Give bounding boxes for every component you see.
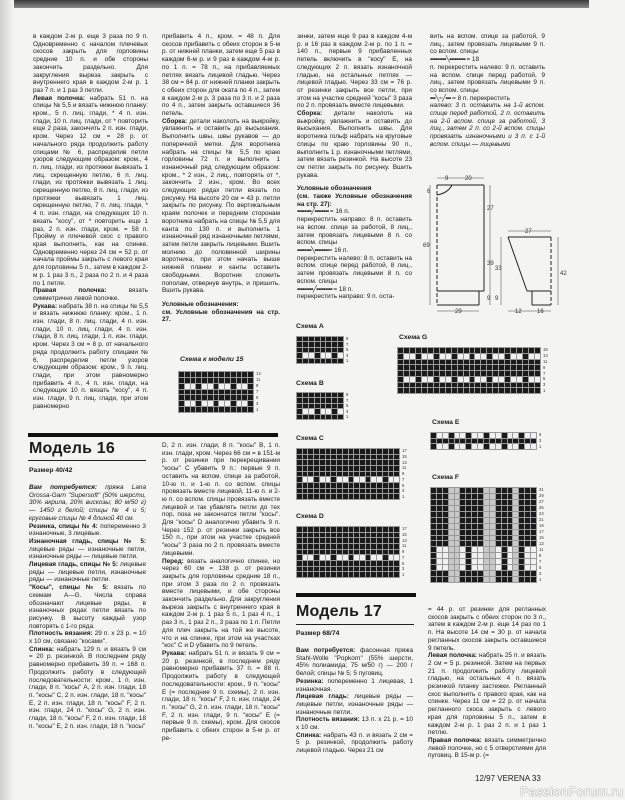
chart-cell — [326, 555, 331, 560]
chart-cell — [309, 398, 314, 402]
chart-cell — [466, 541, 471, 546]
column-4-bottom: = 44 р. от резинки для регланных скосов … — [428, 606, 546, 760]
chart-cell — [389, 466, 394, 471]
chart-cell — [331, 472, 336, 477]
chart-cell — [496, 565, 501, 570]
chart-cell — [443, 553, 448, 558]
chart-cell — [314, 567, 319, 572]
chart-cell — [487, 371, 492, 376]
chart-cell — [440, 388, 445, 393]
chart-cell — [383, 572, 388, 577]
chart-cell — [458, 360, 463, 365]
chart-cell — [531, 577, 536, 582]
schema-g-grid — [397, 347, 541, 394]
chart-cell — [484, 571, 489, 576]
schema-a-title: Схема A — [296, 323, 324, 330]
chart-cell — [354, 544, 359, 549]
chart-cell — [354, 472, 359, 477]
chart-cell — [354, 466, 359, 471]
garment-pattern-diagram: 9 20 6 27 69 39 9 29 27 33 9 42 12 16 — [415, 165, 615, 315]
chart-cell — [354, 561, 359, 566]
chart-cell — [337, 466, 342, 471]
chart-cell — [337, 460, 342, 465]
chart-cell — [440, 365, 445, 370]
chart-cell — [315, 337, 320, 341]
chart-cell — [431, 577, 436, 582]
chart-cell — [431, 547, 436, 552]
chart-cell — [214, 401, 219, 406]
chart-cell — [525, 444, 530, 449]
chart-cell — [331, 550, 336, 555]
chart-cell — [446, 371, 451, 376]
chart-cell — [458, 388, 463, 393]
chart-cell — [383, 550, 388, 555]
section-label: Резинка: — [296, 678, 324, 685]
chart-cell — [326, 550, 331, 555]
chart-cell — [449, 500, 454, 505]
chart-cell — [496, 553, 501, 558]
chart-cell — [326, 353, 331, 357]
chart-cell — [366, 489, 371, 494]
chart-cell — [309, 359, 314, 363]
chart-cell — [208, 395, 213, 400]
chart-cell — [505, 354, 510, 359]
legend-title: Условные обозначения: — [162, 301, 280, 309]
chart-cell — [242, 407, 247, 412]
chart-cell — [389, 561, 394, 566]
column-2-top: прибавить 4 п., кром. = 48 п. Для скосов… — [162, 33, 280, 324]
column-3-top: зинки, затем еще 9 раз в каждом 4-м р. и… — [297, 33, 412, 301]
chart-cell — [466, 530, 471, 535]
chart-cell — [219, 378, 224, 383]
chart-cell — [502, 488, 507, 493]
chart-cell — [315, 409, 320, 413]
chart-cell — [505, 348, 510, 353]
model-17-size: Размер 68/74 — [296, 630, 339, 637]
chart-cell — [431, 506, 436, 511]
chart-cell — [326, 409, 331, 413]
chart-cell — [404, 377, 409, 382]
chart-cell — [431, 512, 436, 517]
chart-cell — [434, 354, 439, 359]
chart-cell — [455, 577, 460, 582]
chart-cell — [519, 488, 524, 493]
chart-cell — [349, 550, 354, 555]
chart-cell — [437, 530, 442, 535]
chart-cell — [443, 524, 448, 529]
chart-cell — [303, 550, 308, 555]
chart-cell — [487, 377, 492, 382]
chart-cell — [314, 472, 319, 477]
chart-cell — [523, 348, 528, 353]
chart-cell — [338, 393, 343, 397]
chart-cell — [332, 415, 337, 419]
chart-cell — [437, 512, 442, 517]
chart-cell — [496, 444, 501, 449]
chart-cell — [472, 524, 477, 529]
chart-cell — [410, 383, 415, 388]
chart-cell — [484, 494, 489, 499]
chart-cell — [297, 555, 302, 560]
chart-cell — [202, 401, 207, 406]
chart-cell — [314, 455, 319, 460]
chart-cell — [496, 547, 501, 552]
chart-cell — [202, 372, 207, 377]
chart-cell — [531, 559, 536, 564]
chart-cell — [496, 494, 501, 499]
chart-cell — [309, 342, 314, 346]
chart-cell — [434, 348, 439, 353]
chart-cell — [484, 439, 489, 444]
chart-cell — [360, 550, 365, 555]
chart-cell — [475, 388, 480, 393]
chart-cell — [484, 512, 489, 517]
chart-cell — [525, 536, 530, 541]
chart-cell — [513, 524, 518, 529]
chart-cell — [484, 530, 489, 535]
chart-cell — [440, 354, 445, 359]
dim-label: 27 — [525, 229, 532, 235]
chart-cell — [326, 460, 331, 465]
chart-cell — [191, 395, 196, 400]
chart-cell — [519, 506, 524, 511]
chart-cell — [478, 506, 483, 511]
chart-cell — [472, 439, 477, 444]
chart-cell — [377, 555, 382, 560]
section-label: Плотность вязания: — [29, 630, 93, 637]
chart-cell — [214, 407, 219, 412]
chart-cell — [455, 494, 460, 499]
chart-cell — [360, 472, 365, 477]
chart-cell — [410, 377, 415, 382]
chart-cell — [519, 433, 524, 438]
chart-cell — [237, 390, 242, 395]
chart-cell — [502, 530, 507, 535]
schema-c-row-numbers: 1715131197531 — [402, 448, 407, 500]
chart-cell — [377, 466, 382, 471]
chart-cell — [371, 483, 376, 488]
chart-cell — [366, 460, 371, 465]
chart-cell — [535, 348, 540, 353]
chart-cell — [349, 477, 354, 482]
chart-cell — [202, 395, 207, 400]
chart-cell — [303, 359, 308, 363]
chart-cell — [371, 538, 376, 543]
chart-cell — [248, 401, 253, 406]
chart-cell — [314, 494, 319, 499]
chart-cell — [475, 365, 480, 370]
schema-b-row-numbers: 97531 — [346, 392, 348, 420]
chart-cell — [321, 393, 326, 397]
chart-cell — [214, 372, 219, 377]
chart-cell — [531, 536, 536, 541]
dim-label: 12 — [515, 309, 522, 315]
chart-cell — [505, 383, 510, 388]
schema-d-row-numbers: 1715131197531 — [402, 526, 407, 578]
chart-cell — [460, 553, 465, 558]
chart-cell — [383, 489, 388, 494]
chart-cell — [308, 538, 313, 543]
chart-cell — [470, 377, 475, 382]
chart-cell — [383, 477, 388, 482]
chart-cell — [422, 360, 427, 365]
chart-cell — [320, 477, 325, 482]
chart-cell — [464, 377, 469, 382]
chart-cell — [231, 390, 236, 395]
chart-cell — [443, 547, 448, 552]
chart-cell — [360, 533, 365, 538]
chart-cell — [440, 371, 445, 376]
chart-cell — [472, 571, 477, 576]
chart-cell — [464, 365, 469, 370]
chart-cell — [490, 433, 495, 438]
chart-cell — [389, 544, 394, 549]
chart-cell — [437, 439, 442, 444]
chart-cell — [484, 565, 489, 570]
chart-cell — [337, 550, 342, 555]
chart-cell — [508, 439, 513, 444]
chart-cell — [484, 541, 489, 546]
chart-cell — [449, 530, 454, 535]
paragraph: Резинка: попеременно 1 лицевая, 1 изнано… — [296, 678, 413, 693]
chart-cell — [337, 477, 342, 482]
chart-cell — [394, 483, 399, 488]
chart-cell — [508, 512, 513, 517]
chart-cell — [321, 415, 326, 419]
chart-cell — [481, 348, 486, 353]
chart-cell — [332, 393, 337, 397]
chart-cell — [519, 512, 524, 517]
chart-cell — [440, 383, 445, 388]
chart-cell — [366, 544, 371, 549]
chart-cell — [458, 348, 463, 353]
chart-cell — [431, 530, 436, 535]
chart-cell — [455, 506, 460, 511]
chart-cell — [326, 533, 331, 538]
chart-cell — [519, 559, 524, 564]
model-17-text: Вам потребуется: фасонная пряжа Stahl-Wo… — [296, 647, 413, 755]
model-16-text: Вам потребуется: пряжа Lana Grossa-Garn … — [29, 484, 146, 731]
chart-cell — [440, 348, 445, 353]
chart-cell — [449, 571, 454, 576]
chart-cell — [185, 384, 190, 389]
chart-cell — [303, 353, 308, 357]
chart-cell — [531, 541, 536, 546]
chart-cell — [523, 360, 528, 365]
chart-cell — [371, 561, 376, 566]
section-label: Спинка: — [296, 732, 321, 739]
chart-cell — [343, 489, 348, 494]
chart-cell — [458, 383, 463, 388]
schema-e-title: Схема E — [432, 419, 459, 426]
chart-cell — [360, 483, 365, 488]
chart-cell — [502, 547, 507, 552]
chart-cell — [458, 365, 463, 370]
chart-cell — [314, 527, 319, 532]
chart-cell — [452, 388, 457, 393]
chart-cell — [231, 378, 236, 383]
chart-cell — [309, 348, 314, 352]
chart-cell — [525, 494, 530, 499]
chart-cell — [331, 561, 336, 566]
chart-cell — [366, 527, 371, 532]
chart-cell — [431, 553, 436, 558]
chart-cell — [389, 572, 394, 577]
paragraph: Рукава: набрать 38 п. на спицы № 5,5 и в… — [33, 303, 148, 411]
dim-label: 27 — [487, 206, 494, 212]
chart-cell — [428, 354, 433, 359]
chart-cell — [525, 524, 530, 529]
chart-cell — [354, 489, 359, 494]
chart-cell — [508, 565, 513, 570]
chart-cell — [531, 444, 536, 449]
chart-cell — [475, 377, 480, 382]
chart-cell — [519, 524, 524, 529]
chart-cell — [481, 354, 486, 359]
chart-cell — [191, 390, 196, 395]
chart-cell — [496, 518, 501, 523]
legend-item: ▪▪▪▪▪▪▪▪▪╱▪▪▪▪▪▪▪▪▪ = 18 п.перекрестить … — [297, 286, 412, 301]
chart-cell — [446, 348, 451, 353]
chart-cell — [437, 565, 442, 570]
chart-cell — [308, 561, 313, 566]
chart-cell — [481, 371, 486, 376]
chart-cell — [431, 524, 436, 529]
chart-cell — [496, 530, 501, 535]
chart-cell — [455, 518, 460, 523]
chart-cell — [431, 494, 436, 499]
chart-cell — [377, 527, 382, 532]
chart-cell — [443, 571, 448, 576]
chart-cell — [343, 449, 348, 454]
chart-cell — [513, 577, 518, 582]
chart-cell — [242, 390, 247, 395]
chart-cell — [308, 472, 313, 477]
chart-cell — [502, 577, 507, 582]
chart-cell — [297, 398, 302, 402]
chart-cell — [508, 571, 513, 576]
chart-cell — [513, 506, 518, 511]
chart-cell — [446, 388, 451, 393]
chart-cell — [360, 460, 365, 465]
schema-15-row-numbers: 131197531 — [256, 371, 266, 413]
legend-item: ▪▪▪▪▪▪▪▪╱▪▪▪▪▪▪▪▪ = 16 п.перекрестить на… — [297, 208, 412, 247]
chart-cell — [529, 383, 534, 388]
column-1-top: в каждом 2-м р. еще 3 раза по 9 п. Однов… — [33, 33, 148, 410]
chart-cell — [496, 500, 501, 505]
chart-cell — [455, 565, 460, 570]
chart-cell — [320, 550, 325, 555]
chart-cell — [377, 483, 382, 488]
chart-cell — [332, 359, 337, 363]
chart-cell — [464, 388, 469, 393]
chart-cell — [309, 404, 314, 408]
chart-cell — [297, 477, 302, 482]
schema-a-row-numbers: 97531 — [346, 336, 348, 364]
paragraph: "Косы", спицы № 5: вязать по схемам A—G.… — [29, 584, 146, 630]
chart-cell — [464, 354, 469, 359]
chart-cell — [349, 561, 354, 566]
chart-cell — [231, 384, 236, 389]
chart-cell — [394, 572, 399, 577]
chart-cell — [443, 565, 448, 570]
chart-cell — [517, 348, 522, 353]
chart-cell — [225, 390, 230, 395]
chart-cell — [428, 348, 433, 353]
chart-cell — [449, 541, 454, 546]
chart-cell — [440, 360, 445, 365]
chart-cell — [297, 561, 302, 566]
chart-cell — [478, 541, 483, 546]
paragraph: Левая полочка: набрать 25 п. и вязать 2 … — [428, 652, 546, 737]
chart-cell — [478, 553, 483, 558]
chart-cell — [338, 359, 343, 363]
chart-cell — [337, 489, 342, 494]
chart-cell — [349, 494, 354, 499]
chart-cell — [179, 390, 184, 395]
chart-cell — [511, 365, 516, 370]
chart-cell — [466, 518, 471, 523]
chart-cell — [360, 567, 365, 572]
chart-cell — [410, 360, 415, 365]
chart-cell — [443, 577, 448, 582]
chart-cell — [343, 494, 348, 499]
chart-cell — [416, 360, 421, 365]
paragraph: Перед: вязать аналогично спинке, но чере… — [162, 558, 280, 650]
chart-cell — [511, 354, 516, 359]
chart-cell — [394, 561, 399, 566]
chart-cell — [508, 530, 513, 535]
chart-cell — [505, 388, 510, 393]
dim-label: 9 — [487, 296, 491, 302]
section-label: Вам потребуется: — [29, 484, 97, 491]
chart-cell — [343, 472, 348, 477]
chart-cell — [398, 360, 403, 365]
chart-cell — [449, 506, 454, 511]
chart-cell — [422, 377, 427, 382]
chart-cell — [377, 477, 382, 482]
chart-cell — [513, 444, 518, 449]
chart-cell — [303, 404, 308, 408]
chart-cell — [237, 395, 242, 400]
chart-cell — [513, 559, 518, 564]
chart-cell — [349, 527, 354, 532]
chart-cell — [531, 488, 536, 493]
chart-cell — [490, 524, 495, 529]
chart-cell — [208, 407, 213, 412]
section-label: Левая полочка: — [33, 95, 85, 102]
chart-cell — [449, 433, 454, 438]
chart-cell — [394, 550, 399, 555]
chart-cell — [508, 536, 513, 541]
chart-cell — [308, 555, 313, 560]
schema-d-title: Схема D — [296, 513, 324, 520]
chart-cell — [431, 571, 436, 576]
chart-cell — [431, 559, 436, 564]
legend-item: ▪▪▪╲▫▫╱▪▪▪ = 8 п. перекреститьналево: 3 … — [430, 95, 545, 149]
chart-cell — [513, 488, 518, 493]
chart-cell — [481, 360, 486, 365]
chart-cell — [484, 524, 489, 529]
chart-cell — [303, 472, 308, 477]
chart-cell — [394, 555, 399, 560]
chart-cell — [343, 561, 348, 566]
chart-cell — [343, 550, 348, 555]
chart-cell — [326, 404, 331, 408]
chart-cell — [225, 395, 230, 400]
chart-cell — [179, 395, 184, 400]
chart-cell — [531, 565, 536, 570]
